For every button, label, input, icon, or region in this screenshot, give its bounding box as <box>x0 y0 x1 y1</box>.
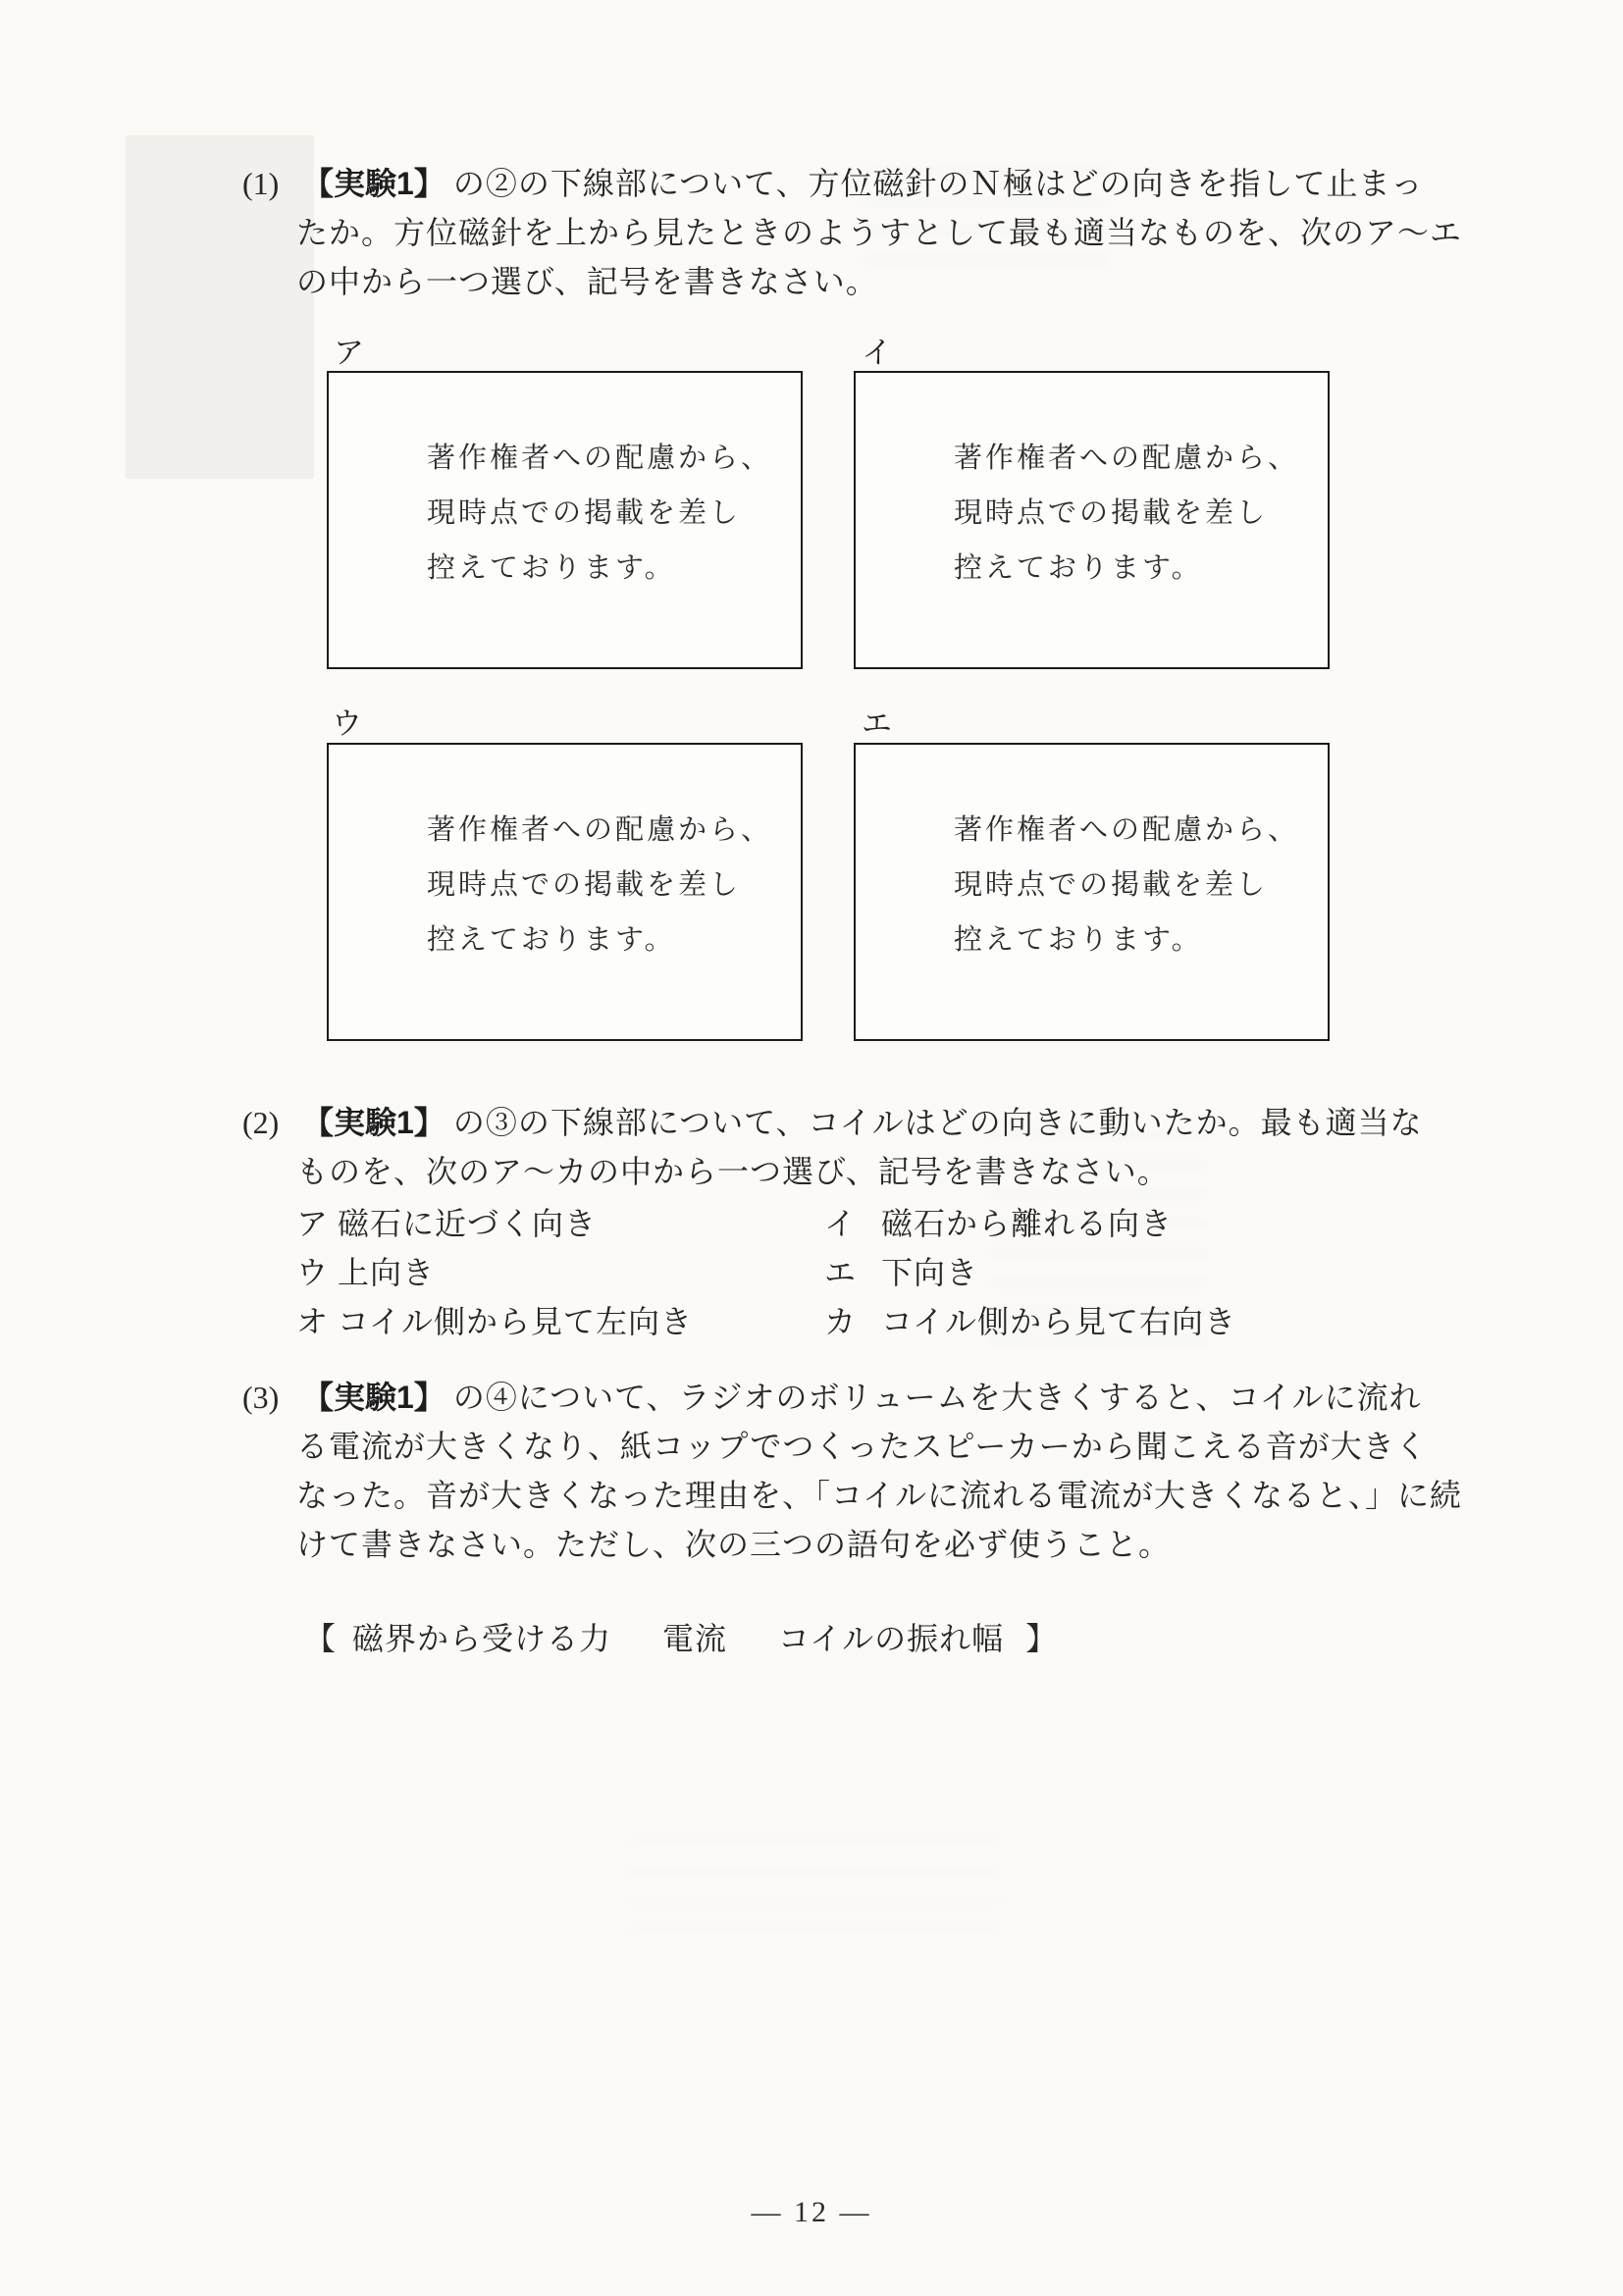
placeholder-line: 著作権者への配慮から、 <box>954 808 1299 848</box>
keyword-term: コイルの振れ幅 <box>778 1621 1004 1656</box>
option-label: イ <box>824 1199 881 1244</box>
scan-artifact <box>628 1815 1001 1933</box>
placeholder-line: 著作権者への配慮から、 <box>427 808 772 848</box>
q3-line1: (3)【実験1】の④について、ラジオのボリュームを大きくすると、コイルに流れ <box>242 1377 1422 1418</box>
option-label: エ <box>824 1248 881 1293</box>
keyword-term: 電流 <box>662 1621 727 1656</box>
option-text: 磁石に近づく向き <box>338 1206 597 1241</box>
choice-label-a: ア <box>334 328 364 372</box>
option-text: 下向き <box>881 1255 978 1290</box>
q3-experiment-label: 【実験1】 <box>302 1380 445 1415</box>
q2-option-ka: カコイル側から見て右向き <box>824 1297 1236 1342</box>
q2-line1: (2)【実験1】の③の下線部について、コイルはどの向きに動いたか。最も適当な <box>242 1102 1423 1143</box>
choice-label-e: エ <box>862 699 892 743</box>
q2-option-u: ウ上向き <box>296 1248 435 1293</box>
q1-line2: たか。方位磁針を上から見たときのようすとして最も適当なものを、次のア〜エ <box>296 212 1462 253</box>
q2-experiment-label: 【実験1】 <box>302 1105 445 1140</box>
q1-line3: の中から一つ選び、記号を書きなさい。 <box>296 261 878 302</box>
placeholder-line: 著作権者への配慮から、 <box>427 436 772 476</box>
option-label: カ <box>824 1297 881 1342</box>
q2-line1-text: の③の下線部について、コイルはどの向きに動いたか。最も適当な <box>453 1105 1423 1140</box>
q3-line4: けて書きなさい。ただし、次の三つの語句を必ず使うこと。 <box>296 1524 1171 1565</box>
q2-option-o: オコイル側から見て左向き <box>296 1297 693 1342</box>
q1-line1: (1)【実験1】の②の下線部について、方位磁針のＮ極はどの向きを指して止まっ <box>242 163 1424 204</box>
option-label: ア <box>296 1199 338 1244</box>
q2-number: (2) <box>242 1102 302 1143</box>
page-number: — 12 — <box>0 2196 1623 2229</box>
option-text: コイル側から見て右向き <box>881 1304 1236 1339</box>
q3-line3: なった。音が大きくなった理由を、「コイルに流れる電流が大きくなると、」に続 <box>296 1475 1462 1516</box>
option-text: 磁石から離れる向き <box>881 1206 1173 1241</box>
placeholder-line: 控えております。 <box>427 546 676 586</box>
placeholder-line: 現時点での掲載を差し <box>954 862 1268 903</box>
q1-experiment-label: 【実験1】 <box>302 166 445 201</box>
bracket-open: 【 <box>304 1621 337 1656</box>
q2-option-i: イ磁石から離れる向き <box>824 1199 1173 1244</box>
q1-line1-text: の②の下線部について、方位磁針のＮ極はどの向きを指して止まっ <box>453 166 1424 201</box>
copyright-placeholder-box-a: 著作権者への配慮から、 現時点での掲載を差し 控えております。 <box>327 371 803 669</box>
option-label: ウ <box>296 1248 338 1293</box>
q2-line2: ものを、次のア〜カの中から一つ選び、記号を書きなさい。 <box>296 1151 1170 1192</box>
option-text: 上向き <box>338 1255 435 1290</box>
required-keywords: 【磁界から受ける力電流コイルの振れ幅】 <box>304 1614 1058 1659</box>
placeholder-line: 控えております。 <box>954 917 1203 958</box>
placeholder-line: 現時点での掲載を差し <box>954 491 1268 531</box>
placeholder-line: 著作権者への配慮から、 <box>954 436 1299 476</box>
keyword-term: 磁界から受ける力 <box>352 1621 611 1656</box>
q3-line1-text: の④について、ラジオのボリュームを大きくすると、コイルに流れ <box>453 1380 1422 1415</box>
choice-label-u: ウ <box>332 699 362 743</box>
q2-option-a: ア磁石に近づく向き <box>296 1199 597 1244</box>
q1-number: (1) <box>242 163 302 204</box>
copyright-placeholder-box-i: 著作権者への配慮から、 現時点での掲載を差し 控えております。 <box>854 371 1330 669</box>
copyright-placeholder-box-e: 著作権者への配慮から、 現時点での掲載を差し 控えております。 <box>854 743 1330 1041</box>
option-label: オ <box>296 1297 338 1342</box>
placeholder-line: 控えております。 <box>954 546 1203 586</box>
option-text: コイル側から見て左向き <box>338 1304 693 1339</box>
placeholder-line: 現時点での掲載を差し <box>427 491 741 531</box>
exam-page: (1)【実験1】の②の下線部について、方位磁針のＮ極はどの向きを指して止まっ た… <box>0 0 1623 2296</box>
bracket-close: 】 <box>1025 1621 1058 1656</box>
placeholder-line: 控えております。 <box>427 917 676 958</box>
copyright-placeholder-box-u: 著作権者への配慮から、 現時点での掲載を差し 控えております。 <box>327 743 803 1041</box>
q3-line2: る電流が大きくなり、紙コップでつくったスピーカーから聞こえる音が大きく <box>296 1426 1428 1467</box>
choice-label-i: イ <box>862 328 892 372</box>
q2-option-e: エ下向き <box>824 1248 978 1293</box>
placeholder-line: 現時点での掲載を差し <box>427 862 741 903</box>
q3-number: (3) <box>242 1377 302 1418</box>
